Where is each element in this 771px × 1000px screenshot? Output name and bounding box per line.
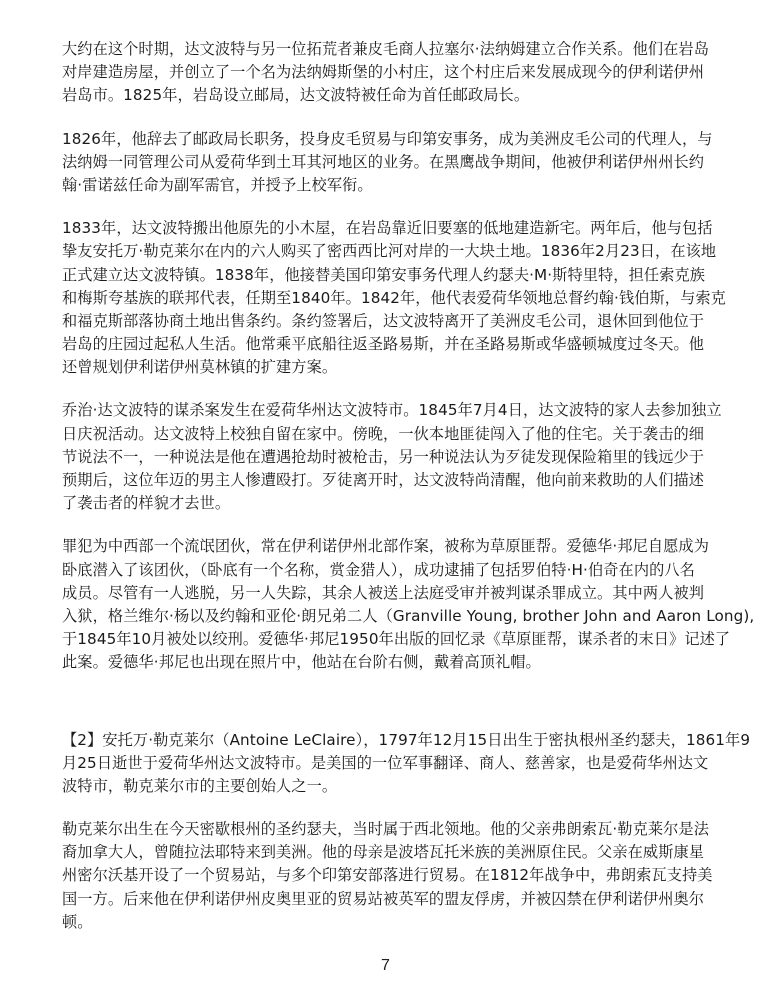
text-line: 预期后，这位年迈的男主人惨遭殴打。歹徒离开时，达文波特尚清醒，他向前来救助的人们… — [62, 469, 722, 492]
paragraph-spacer — [62, 515, 722, 535]
text-line: 岩岛市。1825年，岩岛设立邮局，达文波特被任命为首任邮政局长。 — [62, 84, 722, 107]
text-line: 还曾规划伊利诺伊州莫林镇的扩建方案。 — [62, 356, 722, 379]
text-line: 顿。 — [62, 911, 722, 934]
footnote-leclaire: 【2】安托万·勒克莱尔（Antoine LeClaire），1797年12月15… — [62, 729, 722, 799]
text-line: 罪犯为中西部一个流氓团伙，常在伊利诺伊州北部作案，被称为草原匪帮。爱德华·邦尼自… — [62, 535, 722, 558]
text-line: 波特市，勒克莱尔市的主要创始人之一。 — [62, 775, 722, 798]
document-page: 大约在这个时期，达文波特与另一位拓荒者兼皮毛商人拉塞尔·法纳姆建立合作关系。他们… — [62, 38, 722, 934]
paragraph-spacer — [62, 197, 722, 217]
paragraph-spacer — [62, 798, 722, 818]
paragraph-spacer — [62, 379, 722, 399]
paragraph-spacer — [62, 108, 722, 128]
paragraph-leclaire-origins: 勒克莱尔出生在今天密歇根州的圣约瑟夫，当时属于西北领地。他的父亲弗朗索瓦·勒克莱… — [62, 818, 722, 934]
text-line: 岩岛的庄园过起私人生活。他常乘平底船往返圣路易斯，并在圣路易斯或华盛顿城度过冬天… — [62, 333, 722, 356]
text-line: 卧底潜入了该团伙，（卧底有一个名称，赏金猎人），成功逮捕了包括罗伯特·H·伯奇在… — [62, 559, 722, 582]
paragraph-murder: 乔治·达文波特的谋杀案发生在爱荷华州达文波特市。1845年7月4日，达文波特的家… — [62, 399, 722, 515]
text-line: 州密尔沃基开设了一个贸易站，与多个印第安部落进行贸易。在1812年战争中，弗朗索… — [62, 864, 722, 887]
text-line: 挚友安托万·勒克莱尔在内的六人购买了密西西比河对岸的一大块土地。1836年2月2… — [62, 240, 722, 263]
text-line: 乔治·达文波特的谋杀案发生在爱荷华州达文波特市。1845年7月4日，达文波特的家… — [62, 399, 722, 422]
text-line: 于1845年10月被处以绞刑。爱德华·邦尼1950年出版的回忆录《草原匪帮，谋杀… — [62, 628, 722, 651]
text-line: 裔加拿大人，曾随拉法耶特来到美洲。他的母亲是波塔瓦托米族的美洲原住民。父亲在威斯… — [62, 841, 722, 864]
paragraph-founding-davenport: 1833年，达文波特搬出他原先的小木屋，在岩岛靠近旧要塞的低地建造新宅。两年后，… — [62, 217, 722, 379]
section-spacer — [62, 675, 722, 729]
text-line: 国一方。后来他在伊利诺伊州皮奥里亚的贸易站被英军的盟友俘虏，并被囚禁在伊利诺伊州… — [62, 888, 722, 911]
text-line: 大约在这个时期，达文波特与另一位拓荒者兼皮毛商人拉塞尔·法纳姆建立合作关系。他们… — [62, 38, 722, 61]
paragraph-fur-trade: 1826年，他辞去了邮政局长职务，投身皮毛贸易与印第安事务，成为美洲皮毛公司的代… — [62, 128, 722, 198]
text-line: 1826年，他辞去了邮政局长职务，投身皮毛贸易与印第安事务，成为美洲皮毛公司的代… — [62, 128, 722, 151]
text-line: 正式建立达文波特镇。1838年，他接替美国印第安事务代理人约瑟夫·M·斯特里特，… — [62, 264, 722, 287]
text-line: 此案。爱德华·邦尼也出现在照片中，他站在台阶右侧，戴着高顶礼帽。 — [62, 651, 722, 674]
page-number: 7 — [0, 957, 771, 975]
text-line: 入狱，格兰维尔·杨以及约翰和亚伦·朗兄弟二人（Granville Young, … — [62, 605, 722, 628]
text-line: 节说法不一，一种说法是他在遭遇抢劫时被枪击，另一种说法认为歹徒发现保险箱里的钱远… — [62, 446, 722, 469]
text-line: 翰·雷诺兹任命为副军需官，并授予上校军衔。 — [62, 174, 722, 197]
text-line: 成员。尽管有一人逃脱，另一人失踪，其余人被送上法庭受审并被判谋杀罪成立。其中两人… — [62, 582, 722, 605]
text-line: 法纳姆一同管理公司从爱荷华到土耳其河地区的业务。在黑鹰战争期间，他被伊利诺伊州州… — [62, 151, 722, 174]
text-line: 【2】安托万·勒克莱尔（Antoine LeClaire），1797年12月15… — [62, 729, 722, 752]
text-line: 勒克莱尔出生在今天密歇根州的圣约瑟夫，当时属于西北领地。他的父亲弗朗索瓦·勒克莱… — [62, 818, 722, 841]
paragraph-davenport-farnham: 大约在这个时期，达文波特与另一位拓荒者兼皮毛商人拉塞尔·法纳姆建立合作关系。他们… — [62, 38, 722, 108]
text-line: 日庆祝活动。达文波特上校独自留在家中。傍晚，一伙本地匪徒闯入了他的住宅。关于袭击… — [62, 423, 722, 446]
text-line: 对岸建造房屋，并创立了一个名为法纳姆斯堡的小村庄，这个村庄后来发展成现今的伊利诺… — [62, 61, 722, 84]
paragraph-prairie-bandits: 罪犯为中西部一个流氓团伙，常在伊利诺伊州北部作案，被称为草原匪帮。爱德华·邦尼自… — [62, 535, 722, 674]
text-line: 了袭击者的样貌才去世。 — [62, 492, 722, 515]
text-line: 1833年，达文波特搬出他原先的小木屋，在岩岛靠近旧要塞的低地建造新宅。两年后，… — [62, 217, 722, 240]
text-line: 和福克斯部落协商土地出售条约。条约签署后，达文波特离开了美洲皮毛公司，退休回到他… — [62, 310, 722, 333]
text-line: 月25日逝世于爱荷华州达文波特市。是美国的一位军事翻译、商人、慈善家，也是爱荷华… — [62, 752, 722, 775]
text-line: 和梅斯夸基族的联邦代表，任期至1840年。1842年，他代表爱荷华领地总督约翰·… — [62, 287, 722, 310]
